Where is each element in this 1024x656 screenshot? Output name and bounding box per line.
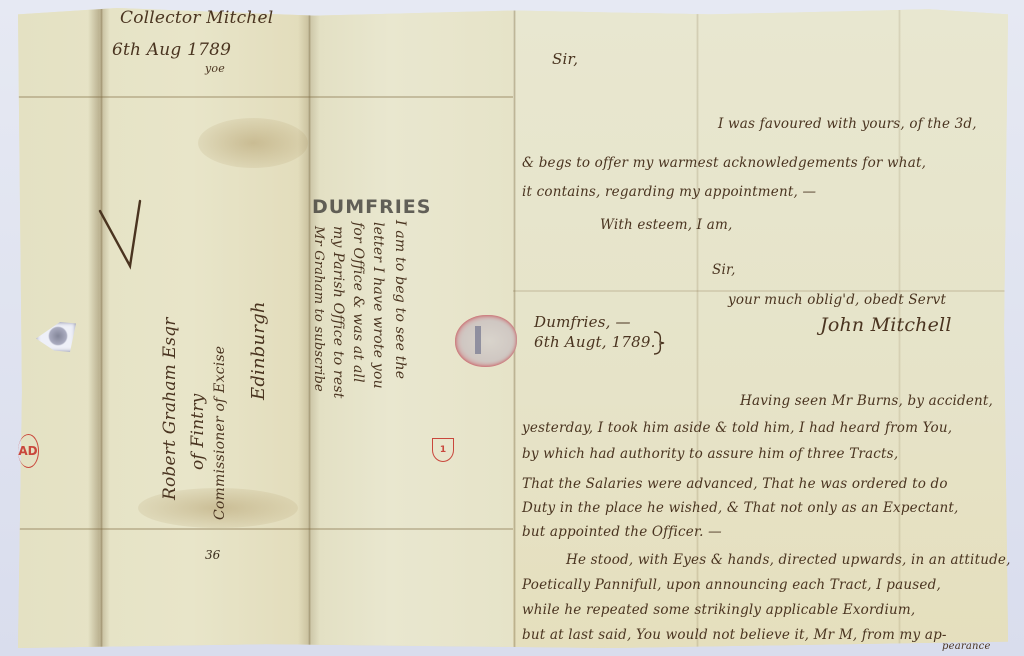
dumfries-postmark: DUMFRIES — [312, 196, 431, 218]
letter-closing-servant: your much oblig'd, obedt Servt — [728, 292, 946, 308]
postscript-line: by which had authority to assure him of … — [522, 446, 898, 462]
letter-closing-esteem: With esteem, I am, — [600, 217, 732, 233]
docket-mark: yoe — [205, 62, 225, 75]
wax-seal-impression — [475, 326, 481, 354]
letter-para1-line: it contains, regarding my appointment, — — [522, 184, 816, 200]
fold-line — [18, 528, 513, 530]
folio-number: 36 — [205, 548, 220, 562]
red-rate-stamp: 1 — [432, 438, 454, 462]
postscript-line: yesterday, I took him aside & told him, … — [522, 420, 952, 436]
address-line-city: Edinburgh — [248, 301, 269, 400]
fold-stain — [88, 8, 110, 648]
inner-note-line-2: letter I have wrote you — [370, 222, 386, 389]
address-line-name: Robert Graham Esqr — [160, 317, 180, 500]
letter-closing-sir: Sir, — [712, 262, 736, 278]
inner-note-line-1: I am to beg to see the — [392, 220, 408, 379]
letter-para1-line: & begs to offer my warmest acknowledgeme… — [522, 155, 926, 171]
ad-archive-stamp: AD — [18, 434, 39, 468]
postscript-line: He stood, with Eyes & hands, directed up… — [566, 552, 1011, 568]
signature: John Mitchell — [820, 314, 952, 336]
inner-note-line-3: for Office & was at all — [350, 222, 366, 383]
address-line-title: Commissioner of Excise — [212, 346, 228, 520]
postscript-line: but appointed the Officer. — — [522, 524, 722, 540]
postscript-line: but at last said, You would not believe … — [522, 627, 947, 643]
date-bracket-icon — [652, 330, 666, 356]
letter-para1-line: I was favoured with yours, of the 3d, — [718, 116, 977, 132]
letter-date: 6th Augt, 1789. — [534, 333, 656, 351]
wax-seal — [455, 315, 517, 367]
inner-note-line-4: my Parish Office to rest — [330, 226, 346, 399]
letter-place: Dumfries, — — [534, 313, 631, 331]
fold-line — [100, 8, 103, 648]
paper-tear-shadow — [48, 326, 68, 346]
salutation: Sir, — [552, 50, 578, 68]
postscript-line: while he repeated some strikingly applic… — [522, 602, 915, 618]
docket-name: Collector Mitchel — [120, 8, 273, 28]
postscript-line: Having seen Mr Burns, by accident, — [740, 393, 993, 409]
fold-line — [18, 96, 513, 98]
docket-date: 6th Aug 1789 — [112, 40, 231, 60]
postscript-line: Duty in the place he wished, & That not … — [522, 500, 959, 516]
address-line-estate: of Fintry — [188, 394, 208, 470]
address-check-mark-icon — [95, 196, 155, 276]
postscript-line: Poetically Pannifull, upon announcing ea… — [522, 577, 941, 593]
catchword: pearance — [942, 641, 991, 652]
water-stain — [198, 118, 308, 168]
inner-note-line-5: Mr Graham to subscribe — [311, 226, 326, 392]
postscript-line: That the Salaries were advanced, That he… — [522, 476, 948, 492]
